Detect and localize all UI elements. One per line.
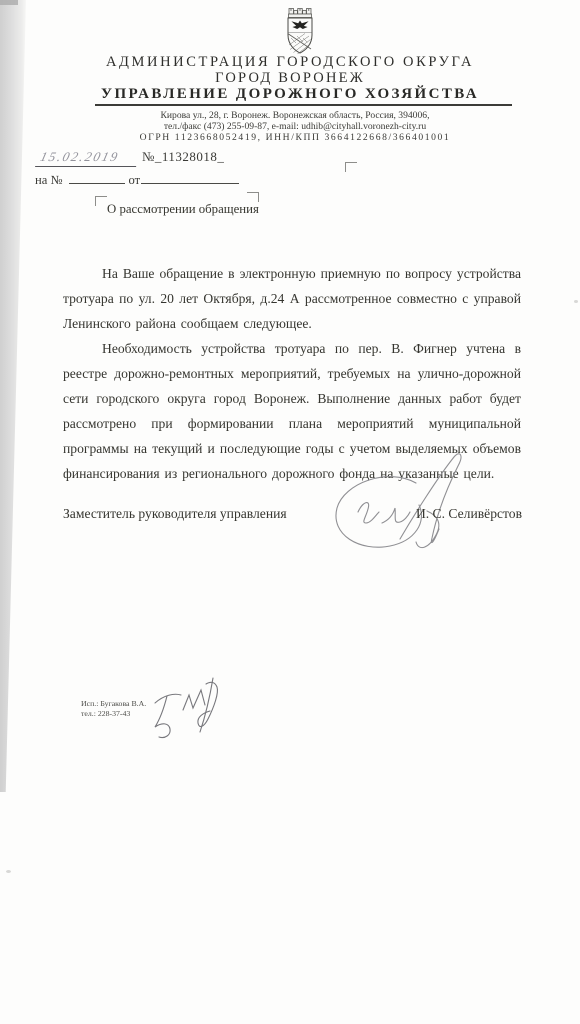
corner-mark-subject-right: [247, 192, 259, 202]
executor-name: Исп.: Бугакова В.А.: [81, 699, 146, 709]
registration-line: 15.02.2019№_11328018_: [35, 149, 224, 167]
scan-speck: [574, 300, 578, 303]
signature-row: Заместитель руководителя управления И. С…: [63, 506, 522, 522]
autograph-icon: [316, 451, 466, 559]
doc-number: №_11328018_: [142, 149, 224, 165]
scanned-letter-page: АДМИНИСТРАЦИЯ ГОРОДСКОГО ОКРУГА ГОРОД ВО…: [0, 0, 580, 1024]
scan-speck: [6, 870, 11, 873]
signatory-name: И. С. Селивёрстов: [416, 506, 522, 522]
scan-smudge: [0, 0, 18, 5]
org-name-line1: АДМИНИСТРАЦИЯ ГОРОДСКОГО ОКРУГА: [40, 54, 540, 71]
reference-number-line: на №от: [35, 170, 239, 188]
org-name-line2: ГОРОД ВОРОНЕЖ: [40, 70, 540, 87]
coat-of-arms-icon: [277, 7, 323, 55]
org-dept-name: УПРАВЛЕНИЕ ДОРОЖНОГО ХОЗЯЙСТВА: [40, 86, 540, 103]
contact-address: Кирова ул., 28, г. Воронеж. Воронежская …: [40, 110, 550, 121]
contact-block: Кирова ул., 28, г. Воронеж. Воронежская …: [40, 110, 550, 144]
contact-ogrn-inn: ОГРН 1123668052419, ИНН/КПП 3664122668/3…: [40, 132, 550, 143]
executor-autograph-icon: [150, 676, 232, 740]
executor-block: Исп.: Бугакова В.А. тел.: 228-37-43: [81, 699, 146, 719]
signature-title: Заместитель руководителя управления: [63, 506, 287, 522]
subject-line: О рассмотрении обращения: [107, 202, 259, 217]
ref-ot: от: [129, 173, 141, 187]
scan-edge-shadow: [0, 0, 26, 792]
header-rule: [95, 104, 512, 106]
executor-phone: тел.: 228-37-43: [81, 709, 146, 719]
corner-mark-addressee: [345, 162, 357, 172]
ref-underline-1: [69, 170, 125, 184]
contact-phone-email: тел./факс (473) 255-09-87, e-mail: udhib…: [40, 121, 550, 132]
corner-mark-subject-left: [95, 196, 107, 206]
ref-prefix: на №: [35, 173, 63, 187]
ref-underline-2: [141, 170, 239, 184]
body-paragraph: На Ваше обращение в электронную приемную…: [63, 261, 521, 336]
handwritten-date: 15.02.2019: [35, 149, 140, 167]
